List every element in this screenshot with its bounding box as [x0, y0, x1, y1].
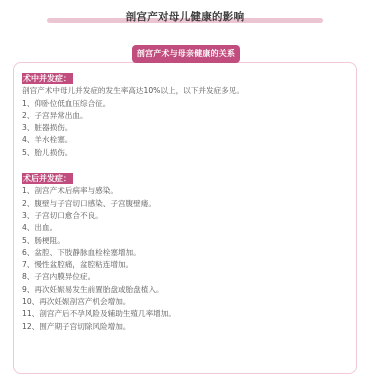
section-label-intraop: 术中并发症：	[22, 73, 73, 84]
section-label-postop: 术后并发症：	[22, 173, 73, 184]
list-item: 2、子宫异常出血。	[22, 110, 352, 122]
list-item: 1、仰卧位低血压综合征。	[22, 98, 352, 110]
list-item: 6、盆腔、下肢静脉血栓栓塞增加。	[22, 247, 352, 259]
list-item: 4、羊水栓塞。	[22, 134, 352, 146]
page-title: 剖宫产对母儿健康的影响	[47, 9, 323, 24]
card-badge: 剖宫产术与母亲健康的关系	[132, 45, 240, 63]
page-title-text: 剖宫产对母儿健康的影响	[124, 11, 247, 23]
list-item: 1、剖宫产术后病率与感染。	[22, 185, 352, 197]
list-item: 12、围产期子宫切除风险增加。	[22, 321, 352, 333]
card-content: 术中并发症： 剖宫产术中母儿并发症的发生率高达10%以上，以下并发症多见。 1、…	[22, 73, 352, 333]
list-item: 11、剖宫产后不孕风险及辅助生殖几率增加。	[22, 308, 352, 320]
list-item: 8、子宫内膜异位症。	[22, 271, 352, 283]
page-title-block: 剖宫产对母儿健康的影响	[47, 8, 323, 28]
list-item: 5、胎儿损伤。	[22, 147, 352, 159]
list-item: 7、慢性盆腔痛，盆腔粘连增加。	[22, 259, 352, 271]
list-item: 10、再次妊娠剖宫产机会增加。	[22, 296, 352, 308]
list-item: 3、脏器损伤。	[22, 122, 352, 134]
list-item: 2、腹壁与子宫切口感染、子宫腹壁瘘。	[22, 198, 352, 210]
list-item: 5、肠梗阻。	[22, 235, 352, 247]
section-label-row: 术后并发症：	[22, 173, 352, 185]
list-item: 3、子宫切口愈合不良。	[22, 210, 352, 222]
list-item: 4、出血。	[22, 222, 352, 234]
section-intro: 剖宫产术中母儿并发症的发生率高达10%以上，以下并发症多见。	[22, 85, 352, 97]
section-label-row: 术中并发症：	[22, 73, 352, 85]
list-item: 9、再次妊娠易发生前置胎盘或胎盘植入。	[22, 284, 352, 296]
